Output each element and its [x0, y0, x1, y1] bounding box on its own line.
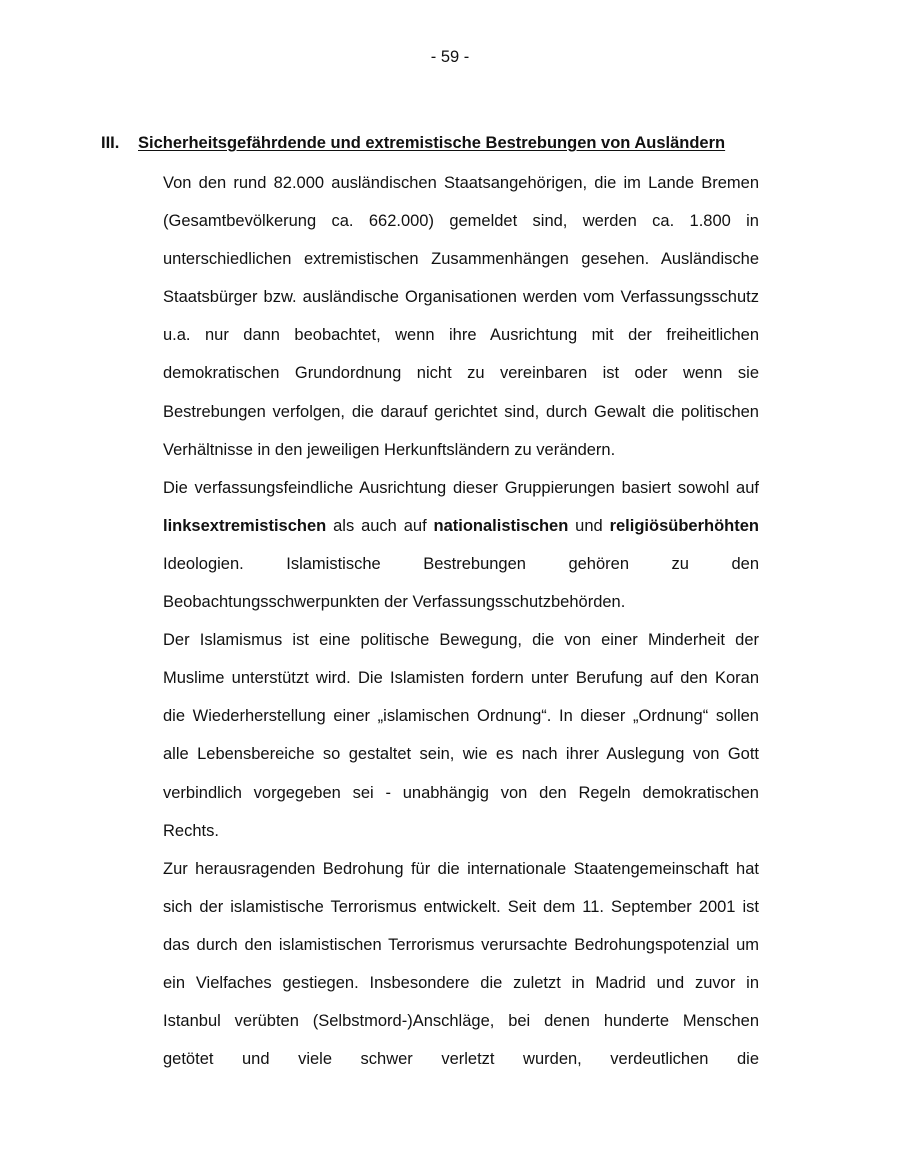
text-fragment: als auch auf [326, 517, 433, 535]
text-line: Beobachtungsschwerpunkten der Verfassung… [163, 583, 759, 621]
text-line: Rechts. [163, 812, 759, 850]
text-line: sich der islamistische Terrorismus entwi… [163, 888, 759, 926]
text-line: verbindlich vorgegeben sei - unabhängig … [163, 774, 759, 812]
text-line: Bestrebungen verfolgen, die darauf geric… [163, 393, 759, 431]
text-line: Ideologien. Islamistische Bestrebungen g… [163, 545, 759, 583]
paragraph-3: Der Islamismus ist eine politische Beweg… [163, 621, 759, 850]
text-line: getötet und viele schwer verletzt wurden… [163, 1040, 759, 1078]
text-line: Der Islamismus ist eine politische Beweg… [163, 621, 759, 659]
text-line: alle Lebensbereiche so gestaltet sein, w… [163, 735, 759, 773]
text-line: Muslime unterstützt wird. Die Islamisten… [163, 659, 759, 697]
paragraph-4: Zur herausragenden Bedrohung für die int… [163, 850, 759, 1079]
text-line: Staatsbürger bzw. ausländische Organisat… [163, 278, 759, 316]
section-title: Sicherheitsgefährdende und extremistisch… [138, 134, 725, 152]
text-line: demokratischen Grundordnung nicht zu ver… [163, 354, 759, 392]
text-line: Verhältnisse in den jeweiligen Herkunfts… [163, 431, 759, 469]
text-line: das durch den islamistischen Terrorismus… [163, 926, 759, 964]
text-line: Von den rund 82.000 ausländischen Staats… [163, 164, 759, 202]
text-fragment: und [568, 517, 609, 535]
text-line: unterschiedlichen extremistischen Zusamm… [163, 240, 759, 278]
text-line: u.a. nur dann beobachtet, wenn ihre Ausr… [163, 316, 759, 354]
emphasis-nationalistisch: nationalistischen [434, 517, 569, 535]
text-line: Die verfassungsfeindliche Ausrichtung di… [163, 469, 759, 507]
paragraph-2: Die verfassungsfeindliche Ausrichtung di… [163, 469, 759, 621]
text-line: (Gesamtbevölkerung ca. 662.000) gemeldet… [163, 202, 759, 240]
page-number: - 59 - [0, 48, 900, 67]
paragraph-1: Von den rund 82.000 ausländischen Staats… [163, 164, 759, 469]
emphasis-religioes: religiösüberhöhten [610, 517, 759, 535]
text-line: ein Vielfaches gestiegen. Insbesondere d… [163, 964, 759, 1002]
text-line: die Wiederherstellung einer „islamischen… [163, 697, 759, 735]
section-number: III. [101, 134, 138, 153]
body-text: Von den rund 82.000 ausländischen Staats… [163, 164, 759, 1078]
section-heading: III.Sicherheitsgefährdende und extremist… [101, 134, 725, 153]
text-line: Istanbul verübten (Selbstmord-)Anschläge… [163, 1002, 759, 1040]
text-line: Zur herausragenden Bedrohung für die int… [163, 850, 759, 888]
emphasis-linksextremistisch: linksextremistischen [163, 517, 326, 535]
text-line-with-emphasis: linksextremistischen als auch auf nation… [163, 507, 759, 545]
